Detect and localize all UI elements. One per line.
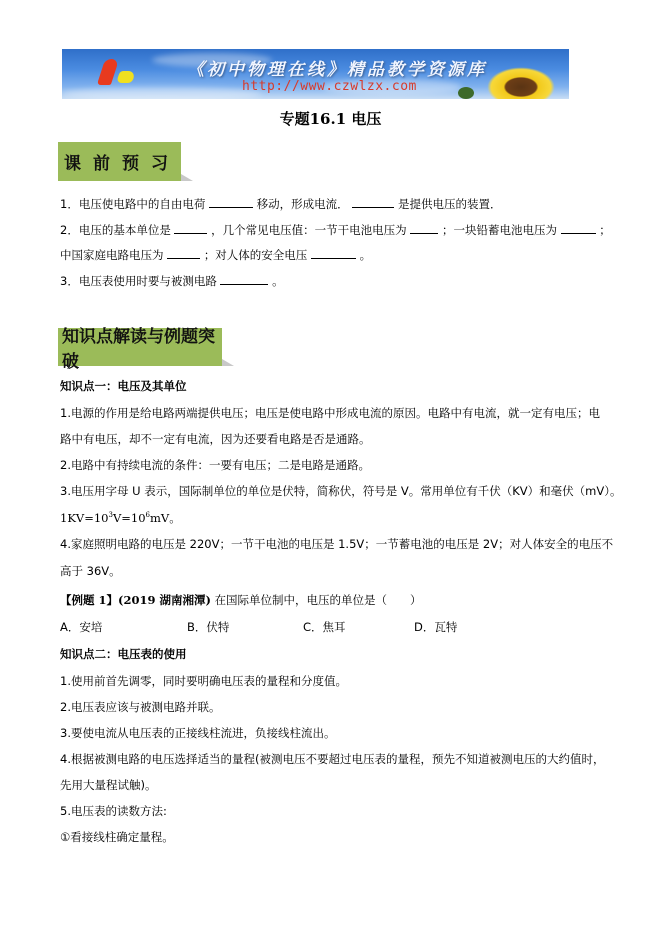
question-text: ，几个常见电压值：一节干电池电压为 [211, 223, 407, 237]
header-banner: 《初中物理在线》精品教学资源库 http://www.czwlzx.com [62, 49, 569, 99]
page-fold-icon [181, 174, 193, 181]
example-1: 【例题 1】(2019 湖南湘潭) 在国际单位制中，电压的单位是（ ） [60, 592, 422, 608]
answer-blank[interactable] [352, 195, 394, 208]
paragraph: 4.根据被测电路的电压选择适当的量程(被测电压不要超过电压表的量程，预先不知道被… [60, 751, 604, 767]
answer-blank[interactable] [167, 246, 200, 259]
answer-blank[interactable] [220, 272, 268, 285]
question-3: 3．电压表使用时要与被测电路 。 [60, 272, 284, 289]
paragraph: 3.电压用字母 U 表示，国际制单位的单位是伏特，简称伏，符号是 V。常用单位有… [60, 483, 621, 499]
paragraph: 1.电源的作用是给电路两端提供电压；电压是使电路中形成电流的原因。电路中有电流，… [60, 405, 600, 421]
banner-title: 《初中物理在线》精品教学资源库 [187, 55, 487, 80]
paragraph: 先用大量程试触)。 [60, 777, 157, 793]
formula-part: V=10 [113, 511, 146, 525]
document-title: 专题16.1 电压 [0, 108, 661, 129]
question-text: 1．电压使电路中的自由电荷 [60, 197, 205, 211]
sunflower-icon [487, 67, 555, 99]
question-text: 。 [360, 248, 372, 262]
question-text: 中国家庭电路电压为 [60, 248, 164, 262]
question-text: 移动，形成电流． [257, 197, 349, 211]
leaf-icon [458, 87, 474, 99]
answer-blank[interactable] [410, 221, 438, 234]
answer-blank[interactable] [561, 221, 596, 234]
question-text: ；对人体的安全电压 [204, 248, 308, 262]
logo-yellow-mark-icon [116, 71, 136, 83]
question-1: 1．电压使电路中的自由电荷 移动，形成电流． 是提供电压的装置． [60, 195, 501, 212]
section-heading-label: 课前预习 [64, 149, 180, 174]
knowledge-point-2-title: 知识点二：电压表的使用 [60, 646, 187, 662]
question-text: 3．电压表使用时要与被测电路 [60, 274, 217, 288]
section-heading-label: 知识点解读与例题突破 [62, 322, 222, 372]
paragraph: 1.使用前首先调零，同时要明确电压表的量程和分度值。 [60, 673, 347, 689]
paragraph: 5.电压表的读数方法: [60, 803, 167, 819]
option-a[interactable]: A．安培 [60, 619, 102, 635]
question-2-continued: 中国家庭电路电压为 ；对人体的安全电压 。 [60, 246, 371, 263]
answer-blank[interactable] [311, 246, 356, 259]
paragraph: 3.要使电流从电压表的正接线柱流进，负接线柱流出。 [60, 725, 335, 741]
section-heading-preview: 课前预习 [58, 142, 181, 181]
paragraph: ①看接线柱确定量程。 [60, 829, 174, 845]
option-c[interactable]: C．焦耳 [303, 619, 346, 635]
paragraph: 路中有电压，却不一定有电流，因为还要看电路是否是通路。 [60, 431, 371, 447]
paragraph: 4.家庭照明电路的电压是 220V；一节干电池的电压是 1.5V；一节蓄电池的电… [60, 536, 613, 552]
knowledge-point-1-title: 知识点一：电压及其单位 [60, 378, 187, 394]
question-text: ；一块铅蓄电池电压为 [442, 223, 557, 237]
formula-part: mV。 [150, 511, 181, 525]
formula-part: 1KV=10 [60, 511, 108, 525]
question-text: 是提供电压的装置． [398, 197, 502, 211]
question-text: 。 [272, 274, 284, 288]
unit-conversion: 1KV=103V=106mV。 [60, 510, 181, 526]
question-text: 2．电压的基本单位是 [60, 223, 171, 237]
question-text: ； [599, 223, 611, 237]
logo-red-mark-icon [97, 59, 119, 85]
page-fold-icon [222, 359, 234, 366]
paragraph: 2.电路中有持续电流的条件：一要有电压；二是电路是通路。 [60, 457, 370, 473]
example-question: 在国际单位制中，电压的单位是（ ） [215, 593, 422, 607]
question-2: 2．电压的基本单位是 ，几个常见电压值：一节干电池电压为 ；一块铅蓄电池电压为 … [60, 221, 611, 238]
section-heading-knowledge: 知识点解读与例题突破 [58, 328, 222, 366]
banner-url: http://www.czwlzx.com [242, 79, 417, 94]
paragraph: 2.电压表应该与被测电路并联。 [60, 699, 220, 715]
answer-blank[interactable] [209, 195, 253, 208]
paragraph: 高于 36V。 [60, 563, 121, 579]
answer-blank[interactable] [174, 221, 207, 234]
option-d[interactable]: D．瓦特 [414, 619, 457, 635]
option-b[interactable]: B．伏特 [187, 619, 229, 635]
document-page: 《初中物理在线》精品教学资源库 http://www.czwlzx.com 专题… [0, 0, 661, 935]
example-tag: 【例题 1】(2019 湖南湘潭) [60, 593, 211, 607]
